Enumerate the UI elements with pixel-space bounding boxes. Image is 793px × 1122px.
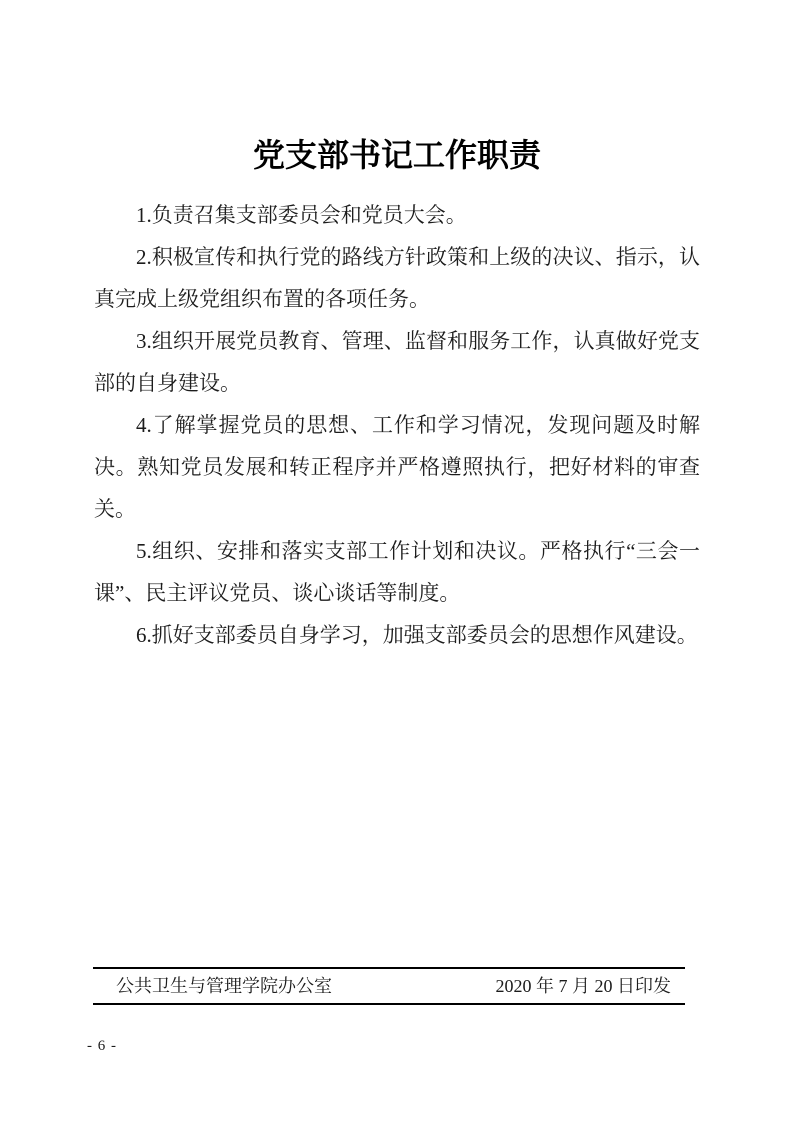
- document-title: 党支部书记工作职责: [94, 132, 700, 178]
- paragraph-duty-1: 1.负责召集支部委员会和党员大会。: [94, 194, 700, 236]
- document-footer: 公共卫生与管理学院办公室 2020 年 7 月 20 日印发: [93, 967, 685, 1005]
- document-body: 1.负责召集支部委员会和党员大会。 2.积极宣传和执行党的路线方针政策和上级的决…: [94, 194, 700, 656]
- footer-issuing-office: 公共卫生与管理学院办公室: [116, 969, 332, 1003]
- paragraph-duty-6: 6.抓好支部委员自身学习，加强支部委员会的思想作风建设。: [94, 614, 700, 656]
- document-page: 党支部书记工作职责 1.负责召集支部委员会和党员大会。 2.积极宣传和执行党的路…: [0, 0, 793, 1122]
- paragraph-duty-4: 4.了解掌握党员的思想、工作和学习情况，发现问题及时解决。熟知党员发展和转正程序…: [94, 404, 700, 530]
- footer-print-date: 2020 年 7 月 20 日印发: [496, 969, 672, 1003]
- footer-row: 公共卫生与管理学院办公室 2020 年 7 月 20 日印发: [93, 969, 685, 1003]
- paragraph-duty-3: 3.组织开展党员教育、管理、监督和服务工作，认真做好党支部的自身建设。: [94, 320, 700, 404]
- page-number: - 6 -: [87, 1038, 117, 1055]
- paragraph-duty-5: 5.组织、安排和落实支部工作计划和决议。严格执行“三会一课”、民主评议党员、谈心…: [94, 530, 700, 614]
- paragraph-duty-2: 2.积极宣传和执行党的路线方针政策和上级的决议、指示，认真完成上级党组织布置的各…: [94, 236, 700, 320]
